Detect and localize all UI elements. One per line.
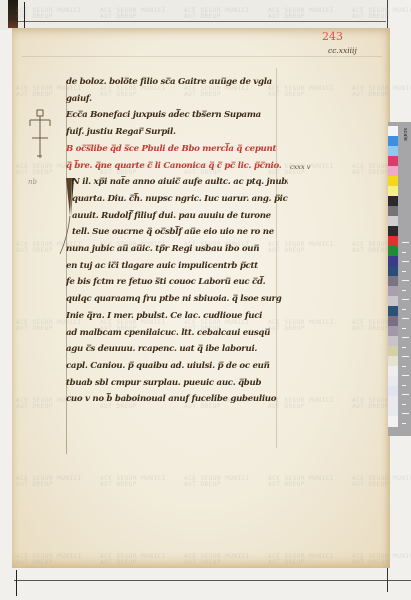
cross-marginal-mark-icon [28,108,52,160]
scale-tick [402,385,406,386]
scale-tick [402,299,409,300]
color-patch [388,296,398,307]
text-line: cuo v no b̅ baboinoual anuf fucelibe gub… [66,391,282,407]
scale-tick [402,413,409,414]
rubric-line: q̅ b̅re. q̅ne quarte c̅ li Canonica q̅ c… [66,158,282,174]
scale-tick [402,404,406,405]
color-patch [388,316,398,327]
color-patch [388,216,398,227]
crop-mark-bottom-right [387,568,388,592]
watermark-text: AUT DREUP [16,14,82,20]
text-line: de boloz. bolo̅te filio sc̅a Gaitre auu̅… [66,74,282,90]
color-patch [388,236,398,247]
scale-tick [402,280,409,281]
text-line: nuna jubic au̅ au̅ic. tp̅r Regi usbau ib… [66,241,282,257]
left-margin-note: nb [28,178,37,186]
ruling-top [22,56,382,57]
scale-tick [402,309,406,310]
scale-tick [402,366,406,367]
watermark-text: AUT DREUP [352,482,411,488]
crop-guide-line-top [18,21,386,22]
watermark-text: AUT DREUP [100,14,166,20]
color-patch [388,266,398,277]
watermark-stamp: ACE SEGUR MUNICIAUT DREUP [352,86,411,98]
color-patch [388,306,398,317]
color-patch [388,226,398,237]
watermark-text: AUT DREUP [352,14,411,20]
scale-tick [402,328,406,329]
watermark-stamp: ACE SEGUR MUNICIAUT DREUP [100,8,166,20]
watermark-stamp: ACE SEGUR MUNICIAUT DREUP [16,8,82,20]
watermark-text: AUT DREUP [16,560,82,566]
scale-tick [402,242,409,243]
scale-tick [402,290,406,291]
scale-label: scale [400,128,409,141]
watermark-stamp: ACE SEGUR MUNICIAUT DREUP [16,554,82,566]
scale-tick [402,423,406,424]
color-patch [388,156,398,167]
watermark-stamp: ACE SEGUR MUNICIAUT DREUP [16,476,82,488]
text-line: Ecc̅a Bonefaci juxpuis ad̅ec tbs̅ern Sup… [66,107,282,123]
watermark-stamp: ACE SEGUR MUNICIAUT DREUP [352,476,411,488]
color-patch [388,276,398,287]
color-patch [388,416,398,427]
text-line: tbuab sbl cmpur surplau. pueuic auc. q̅b… [66,375,282,391]
color-patch [388,366,398,377]
color-patch [388,166,398,177]
text-line: N il. xp̅i nat̅e anno aiuic̅ aufe aultc.… [72,174,288,190]
color-patch [388,136,398,147]
watermark-stamp: ACE SEGUR MUNICIAUT DREUP [268,554,334,566]
crop-guide-line-bottom [14,580,411,581]
text-line: en tuj ac ic̅i tlagare auic impulicentrb… [66,258,282,274]
watermark-stamp: ACE SEGUR MUNICIAUT DREUP [100,554,166,566]
color-patch [388,186,398,197]
text-line: ad malbcam cpenilaicuc. ltt. cebalcaui e… [66,325,282,341]
color-patch [388,376,398,387]
scale-tick [402,394,409,395]
scale-tick [402,261,409,262]
color-patch [388,196,398,207]
watermark-stamp: ACE SEGUR MUNICIAUT DREUP [184,8,250,20]
color-patch [388,356,398,367]
crop-mark-bottom-left [16,570,17,596]
color-patch [388,406,398,417]
watermark-text: AUT DREUP [352,92,411,98]
watermark-stamp: ACE SEGUR MUNICIAUT DREUP [352,8,411,20]
color-patch [388,386,398,397]
watermark-text: AUT DREUP [268,560,334,566]
text-line: gaiuf. [66,91,282,107]
color-patch [388,206,398,217]
color-patch [388,346,398,357]
scale-tick [402,318,409,319]
color-patch [388,326,398,337]
text-line: fuif. justiu Regar̅ Surpil. [66,124,282,140]
watermark-text: AUT DREUP [352,560,411,566]
scale-tick [402,337,409,338]
color-patch [388,286,398,297]
watermark-stamp: ACE SEGUR MUNICIAUT DREUP [184,554,250,566]
watermark-stamp: ACE SEGUR MUNICIAUT DREUP [268,8,334,20]
scale-tick [402,252,406,253]
color-patch [388,146,398,157]
watermark-text: AUT DREUP [184,14,250,20]
scale-tick [402,271,406,272]
scale-tick [402,375,409,376]
color-patch [388,176,398,187]
watermark-stamp: ACE SEGUR MUNICIAUT DREUP [352,554,411,566]
text-line: quarta. Diu. c̅h̅. nupsc ngric. Iuc uaru… [72,191,288,207]
watermark-stamp: ACE SEGUR MUNICIAUT DREUP [184,476,250,488]
watermark-stamp: ACE SEGUR MUNICIAUT DREUP [268,476,334,488]
text-line: fe bis fctm re fetuo s̅ti couoc Laboru̅ … [66,274,282,290]
folio-number: 243 [322,30,343,43]
roman-folio-number: cc.xxiiij [328,46,357,55]
watermark-text: AUT DREUP [184,482,250,488]
right-margin-note: cxxx v [290,163,310,171]
text-line: Inie q̅ra. I mer. pbulst. Ce lac. cudlio… [66,308,282,324]
watermark-text: AUT DREUP [16,482,82,488]
color-patch [388,396,398,407]
color-patch [388,126,398,137]
color-checker-strip: scale [388,122,411,436]
watermark-stamp: ACE SEGUR MUNICIAUT DREUP [100,476,166,488]
color-patch [388,246,398,257]
color-patch [388,336,398,347]
scale-tick [402,347,406,348]
watermark-text: AUT DREUP [268,14,334,20]
watermark-text: AUT DREUP [268,482,334,488]
text-line: agu c̅s deuuuu. rcapenc. uat q̅ ibe labo… [66,341,282,357]
rubric-line: B oc̅s̅libe q̅d s̅ce Pbuli de Bbo mercl̅… [66,141,282,157]
color-patch [388,256,398,267]
scale-tick [402,356,409,357]
text-line: qulqc quaraamq fru ptbe ni sbiuoia. q̅ l… [66,291,282,307]
watermark-text: AUT DREUP [100,482,166,488]
text-line: auuit. Rudolf̅ filiuf dui. pau auuiu de … [72,208,288,224]
text-line: capl. Caniou. p̅ quaibu ad. uiulsi. p̅ d… [66,358,282,374]
watermark-text: AUT DREUP [184,560,250,566]
text-line: tell. Sue oucrne q̅ oc̅sbl̅f au̅e eio ui… [72,224,288,240]
watermark-text: AUT DREUP [100,560,166,566]
